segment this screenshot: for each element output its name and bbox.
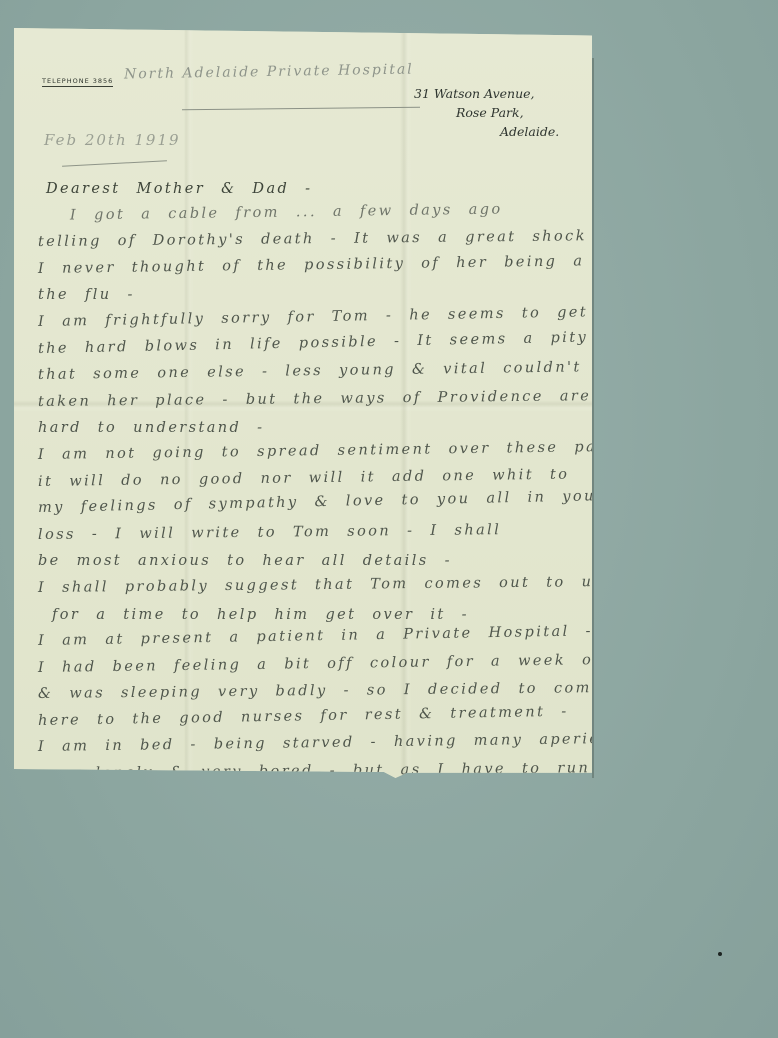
address-line: Rose Park, [414, 103, 594, 122]
pencil-hospital-annotation: North Adelaide Private Hospital [124, 61, 414, 82]
letter-line: very lonely & very bored - but as I have… [38, 755, 598, 787]
letter-line: show out here for Gilbert Sam & myself -… [38, 782, 598, 814]
address-line: 31 Watson Avenue, [414, 84, 594, 103]
letter-body: Dearest Mother & Dad - I got a cable fro… [38, 176, 598, 867]
letterhead-telephone: TELEPHONE 3856 [42, 77, 113, 87]
letter-line: I would nip things in the bud while I ha… [38, 841, 598, 868]
letter-page: North Adelaide Private Hospital TELEPHON… [14, 28, 592, 778]
paper-edge-shadow [592, 58, 594, 778]
date-underline [62, 160, 167, 166]
letterhead-address: 31 Watson Avenue, Rose Park, Adelaide. [414, 84, 594, 141]
letter-date: Feb 20th 1919 [44, 131, 181, 149]
letter-line: couldn't afford to be really ill - so I … [38, 810, 598, 841]
letter-line: loss - I will write to Tom soon - I shal… [38, 516, 598, 548]
address-line: Adelaide. [414, 122, 594, 141]
pencil-underline [182, 107, 420, 110]
letter-line: I shall probably suggest that Tom comes … [38, 569, 598, 601]
background-speck [718, 952, 722, 956]
letter-line: taken her place - but the ways of Provid… [38, 383, 598, 415]
